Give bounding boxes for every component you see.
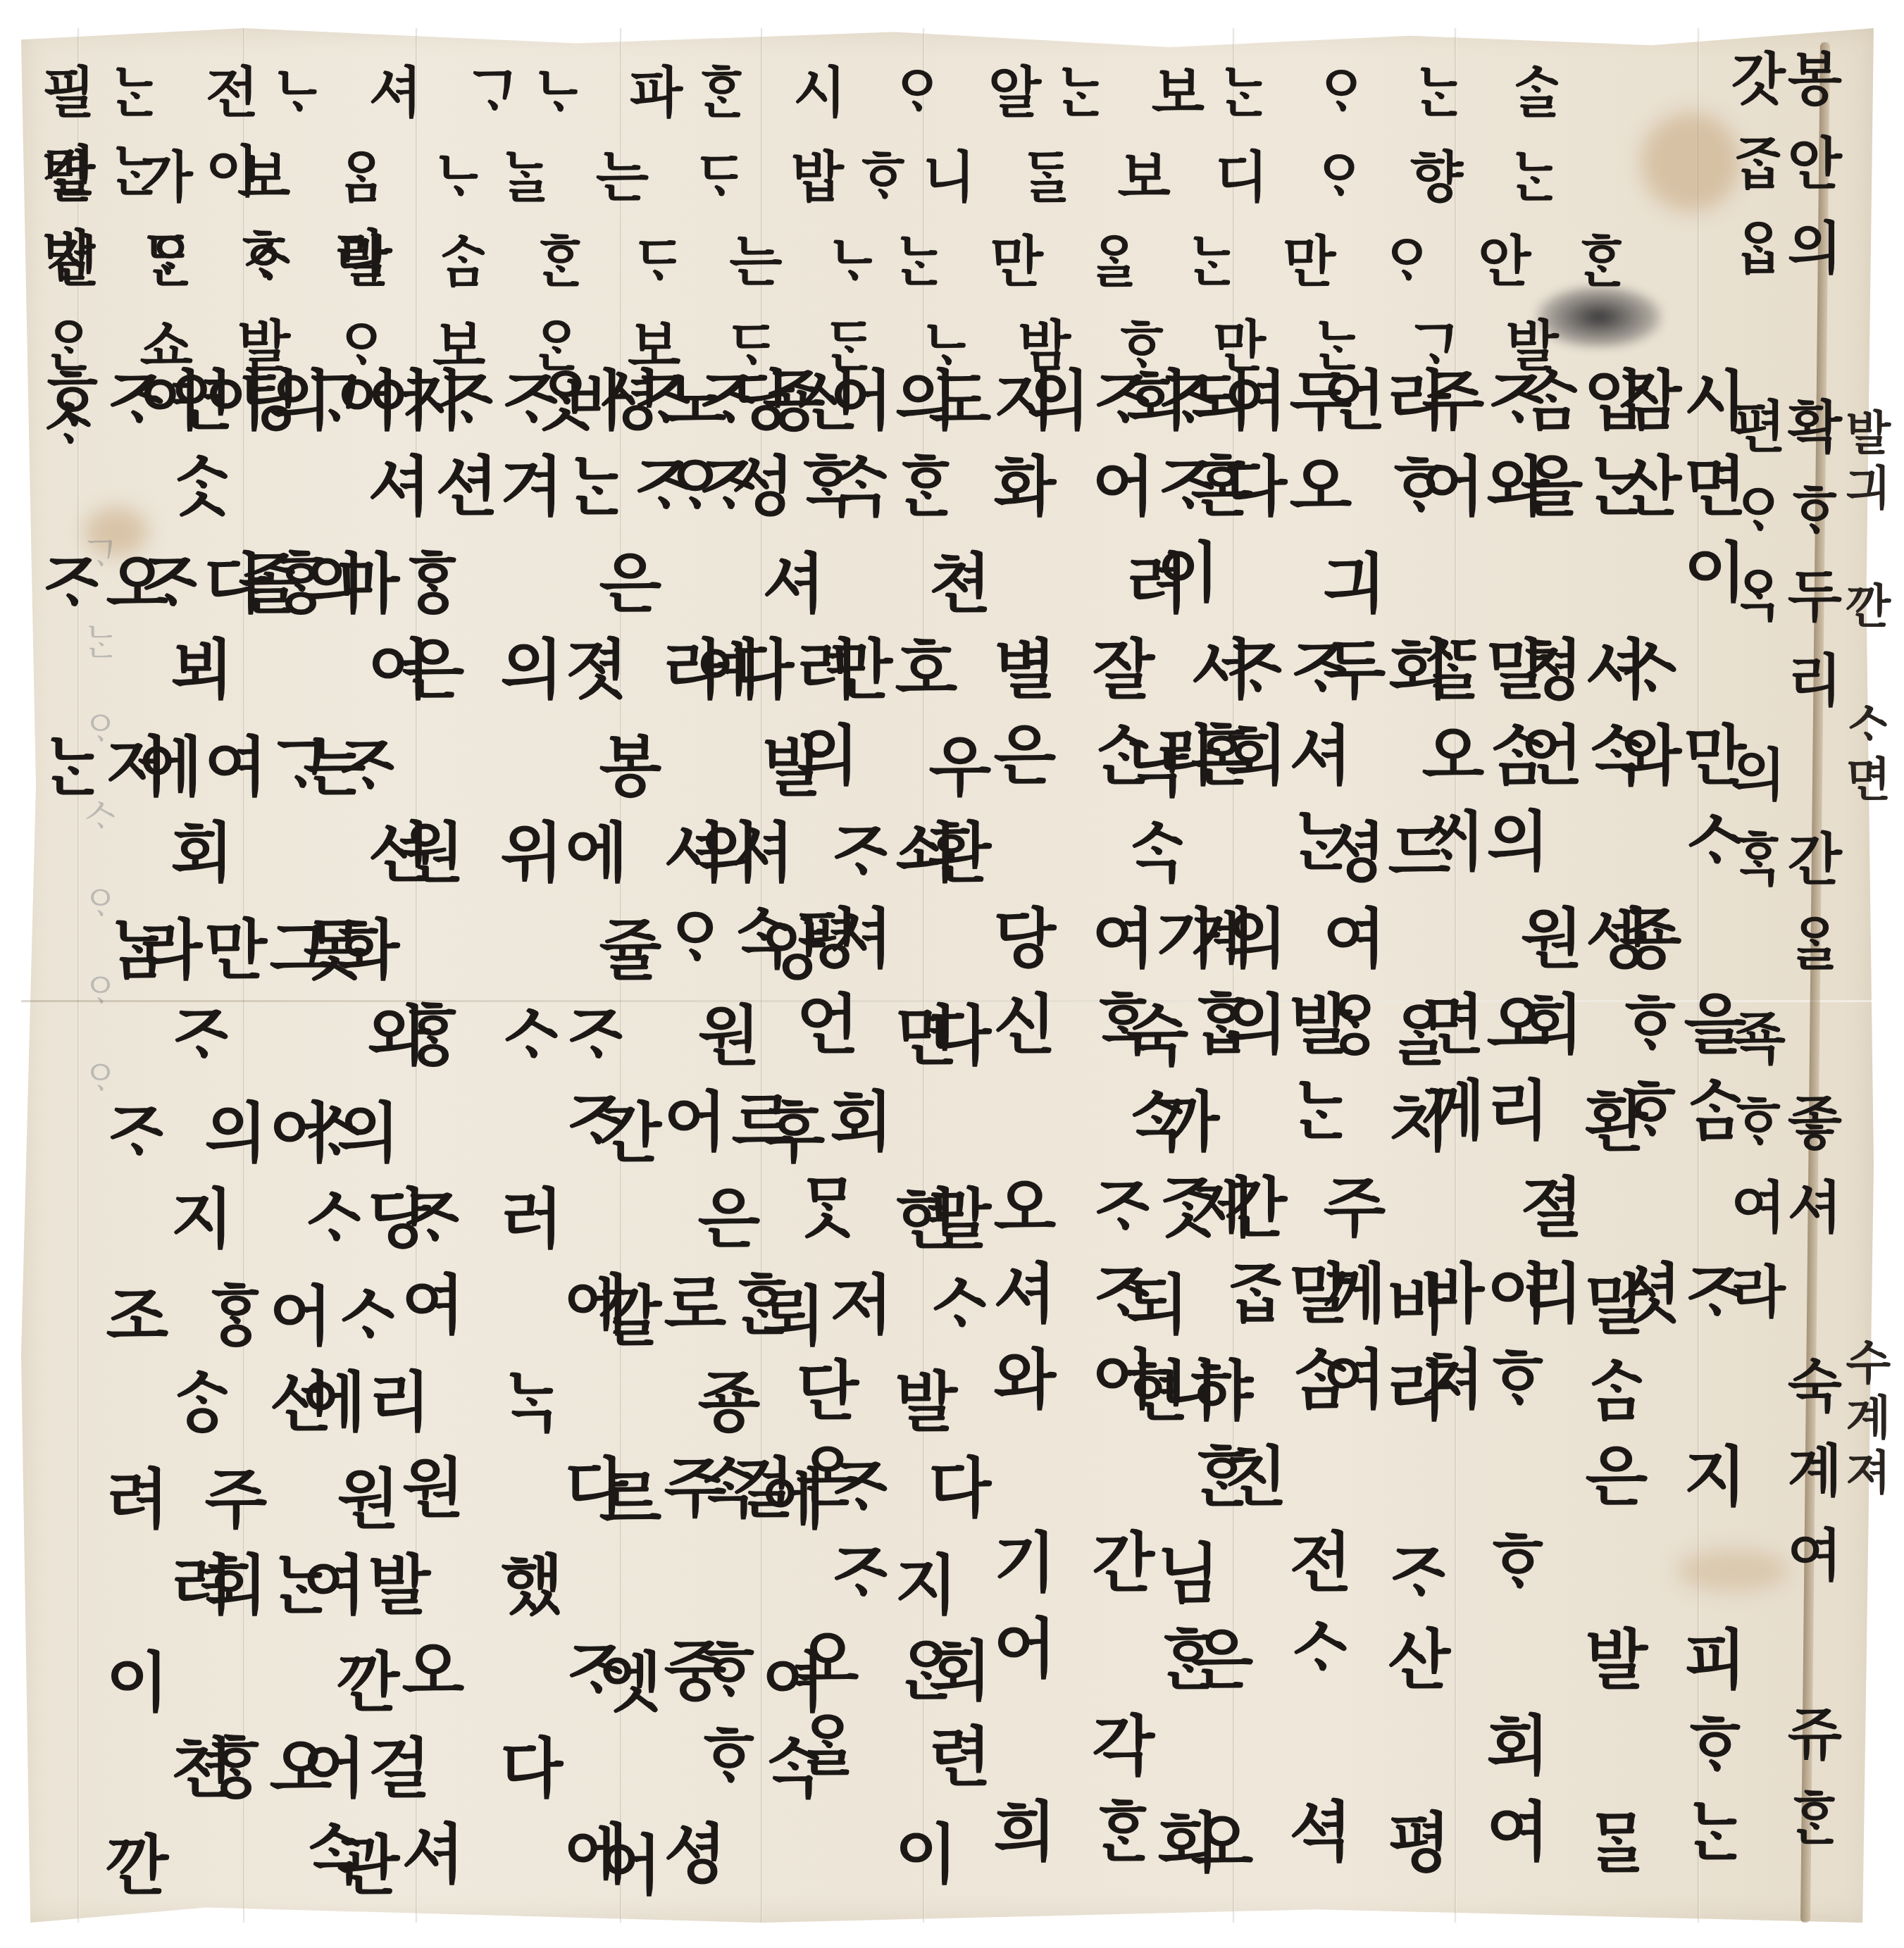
margin-row: 발 가 보 ᄋᆞᆷ ᄂᆞᄂᆞᆯ 는 ᄃᆞ 밥ᄒᆞ니 ᄃᆞᆯ 보 디 ᄋᆞ 향 ᄂ… bbox=[42, 134, 1641, 204]
margin-row: 전 ᄋᆞᆫ ᄉᆞ 말 ᄉᆞᆷ ᄒᆞᆫ ᄃᆞ 는 ᄂᆞᄂᆞᆫ 만 ᄋᆞᆯ ᄂᆞᆫ … bbox=[42, 218, 1641, 289]
top-margin-text: 필ᄂᆞᆫ 전ᄂᆞ 셔 ᄀᆞᄂᆞ 파ᄒᆞᆫ 시 ᄋᆞ 알ᄂᆞᆫ 보ᄂᆞᆫ ᄋᆞ ᄂ… bbox=[42, 42, 1641, 373]
text-column: 연ᄉᆞᆺ 뵈 회 ᄌᆞ 지 ᄉᆞᆼ 려 쳔 ᄌᆞ 오 저 ᄂᆞᆷ ᄌᆞ 조 려 … bbox=[35, 366, 230, 1948]
margin-row: ᄋᆞᆫ 쇼 발 ᄋᆞ 보 ᄋᆞᆫ 보 ᄃᆞ ᄃᆞᆫ ᄂᆞ 밤 ᄒᆞ 만 ᄂᆞᆫ … bbox=[42, 303, 1641, 373]
margin-row: 필ᄂᆞᆫ 전ᄂᆞ 셔 ᄀᆞᄂᆞ 파ᄒᆞᆫ 시 ᄋᆞ 알ᄂᆞᆫ 보ᄂᆞᆫ ᄋᆞ ᄂ… bbox=[42, 49, 1641, 120]
margin-row-text: ᄋᆞᆫ 쇼 발 ᄋᆞ 보 ᄋᆞᆫ 보 ᄃᆞ ᄃᆞᆫ ᄂᆞ 밤 ᄒᆞ 만 ᄂᆞᆫ … bbox=[42, 303, 1641, 373]
margin-row-text: 필ᄂᆞᆫ 전ᄂᆞ 셔 ᄀᆞᄂᆞ 파ᄒᆞᆫ 시 ᄋᆞ 알ᄂᆞᆫ 보ᄂᆞᆫ ᄋᆞ ᄂ… bbox=[42, 49, 1641, 120]
margin-row-text: 전 ᄋᆞᆫ ᄉᆞ 말 ᄉᆞᆷ ᄒᆞᆫ ᄃᆞ 는 ᄂᆞᄂᆞᆫ 만 ᄋᆞᆯ ᄂᆞᆫ … bbox=[46, 218, 1641, 289]
pencil-annotation: ᄀᆞ ᄂᆞᆫ ᄋᆞ ᄉᆞ ᄋᆞ ᄋᆞ ᄋᆞ bbox=[70, 535, 123, 1100]
margin-row-text: 발 가 보 ᄋᆞᆷ ᄂᆞᄂᆞᆯ 는 ᄃᆞ 밥ᄒᆞ니 ᄃᆞᆯ 보 디 ᄋᆞ 향 ᄂ… bbox=[42, 134, 1641, 204]
